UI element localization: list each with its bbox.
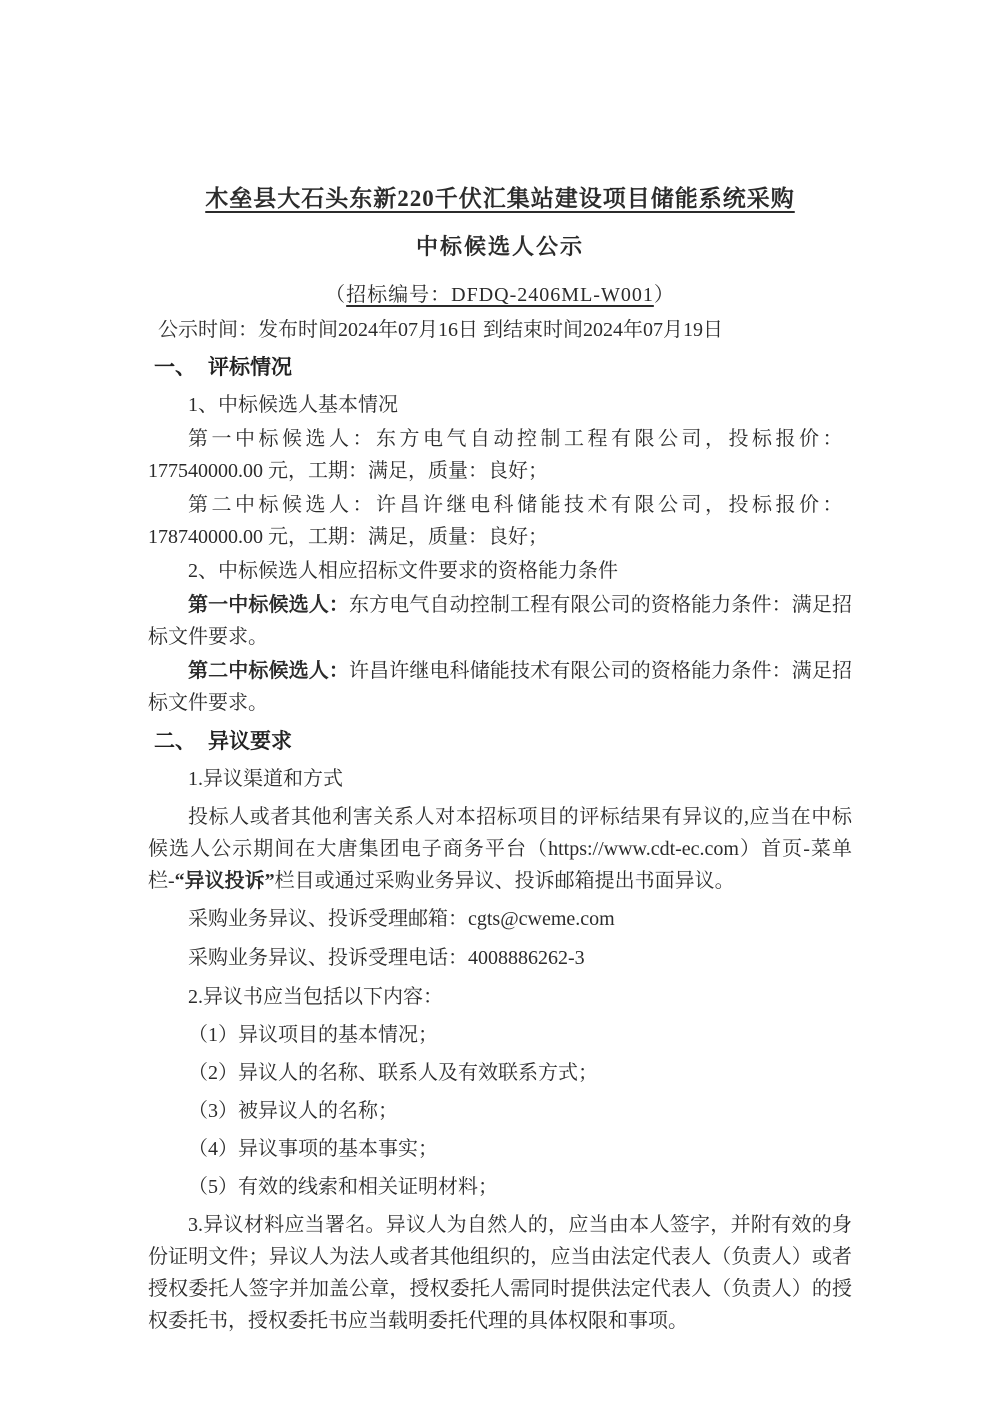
candidate2-paragraph: 第二中标候选人：许昌许继电科储能技术有限公司，投标报价： 178740000.0… [148,489,852,553]
candidate1-line1: 第一中标候选人：东方电气自动控制工程有限公司，投标报价： [148,423,852,455]
objection-list-item-3: （3）被异议人的名称； [148,1095,852,1127]
bid-number-line: （招标编号：DFDQ-2406ML-W001） [148,281,852,309]
objection-list-item-5: （5）有效的线索和相关证明材料； [148,1171,852,1203]
objection-channel-bold: “异议投诉” [175,870,275,892]
document-title: 木垒县大石头东新220千伏汇集站建设项目储能系统采购 [148,183,852,215]
item-1-2-title: 2、中标候选人相应招标文件要求的资格能力条件 [148,555,852,587]
item-1-1-title: 1、中标候选人基本情况 [148,389,852,421]
bid-number-close-paren: ） [654,284,675,306]
document-subtitle: 中标候选人公示 [148,231,852,263]
candidate1-paragraph: 第一中标候选人：东方电气自动控制工程有限公司，投标报价： 177540000.0… [148,423,852,487]
qualification2-paragraph: 第二中标候选人：许昌许继电科储能技术有限公司的资格能力条件：满足招标文件要求。 [148,655,852,719]
objection-email-line: 采购业务异议、投诉受理邮箱：cgts@cweme.com [148,903,852,935]
qualification2-label: 第二中标候选人： [188,660,349,682]
item-2-1-title: 1.异议渠道和方式 [148,763,852,795]
section1-heading: 一、评标情况 [148,351,852,385]
objection-phone-line: 采购业务异议、投诉受理电话：4008886262-3 [148,942,852,974]
section2-heading-text: 异议要求 [208,730,292,753]
candidate2-line1: 第二中标候选人：许昌许继电科储能技术有限公司，投标报价： [148,489,852,521]
candidate2-line2: 178740000.00 元，工期：满足，质量：良好； [148,521,852,553]
section2-marker: 二、 [154,730,196,753]
bid-number: 招标编号：DFDQ-2406ML-W001 [346,284,654,306]
objection-list-item-1: （1）异议项目的基本情况； [148,1019,852,1051]
section2-body: 1.异议渠道和方式 投标人或者其他利害关系人对本招标项目的评标结果有异议的,应当… [148,763,852,1337]
objection-list-item-2: （2）异议人的名称、联系人及有效联系方式； [148,1057,852,1089]
document-page: 木垒县大石头东新220千伏汇集站建设项目储能系统采购 中标候选人公示 （招标编号… [0,0,1000,1414]
objection-channel-text-after: 栏目或通过采购业务异议、投诉邮箱提出书面异议。 [275,870,735,892]
qualification1-paragraph: 第一中标候选人：东方电气自动控制工程有限公司的资格能力条件：满足招标文件要求。 [148,589,852,653]
section1-marker: 一、 [154,356,196,379]
objection-list-item-4: （4）异议事项的基本事实； [148,1133,852,1165]
section2-heading: 二、异议要求 [148,725,852,759]
candidate1-line2: 177540000.00 元，工期：满足，质量：良好； [148,455,852,487]
objection-channel-paragraph: 投标人或者其他利害关系人对本招标项目的评标结果有异议的,应当在中标候选人公示期间… [148,801,852,897]
item-2-2-title: 2.异议书应当包括以下内容： [148,981,852,1013]
bid-number-open-paren: （ [325,284,346,306]
qualification1-label: 第一中标候选人： [188,594,349,616]
publish-time-line: 公示时间：发布时间2024年07月16日 到结束时间2024年07月19日 [148,315,852,345]
item-2-3-paragraph: 3.异议材料应当署名。异议人为自然人的，应当由本人签字，并附有效的身份证明文件；… [148,1209,852,1337]
section1-heading-text: 评标情况 [208,356,292,379]
